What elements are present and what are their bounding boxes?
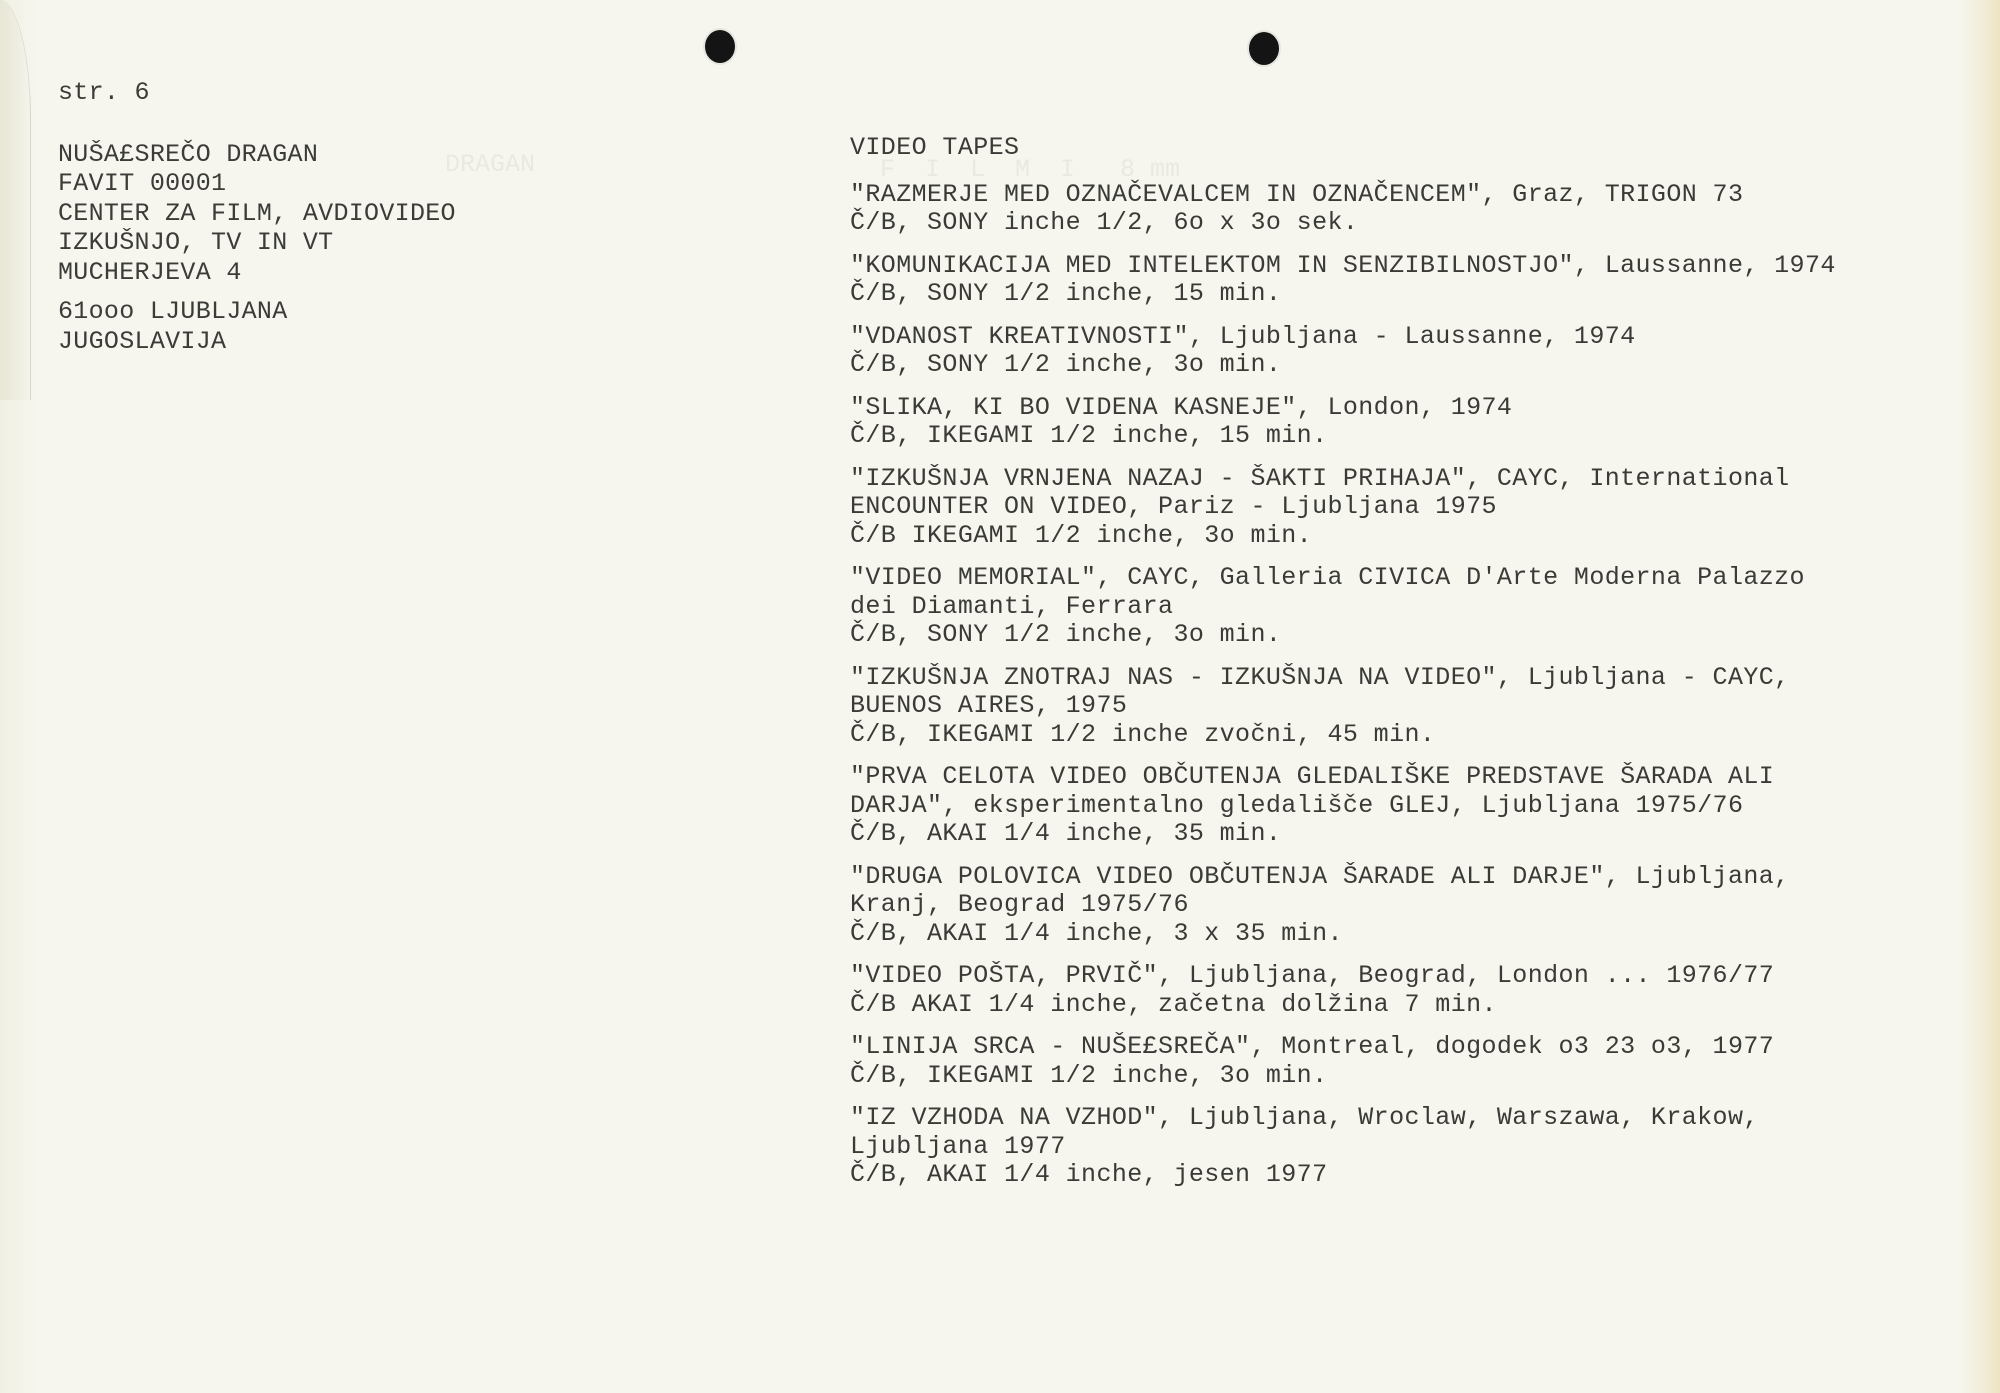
address-line: IZKUŠNJO, TV IN VT xyxy=(58,228,456,258)
entry-venue-line: Ljubljana 1977 xyxy=(850,1133,1990,1162)
entry-venue-line: dei Diamanti, Ferrara xyxy=(850,593,1990,622)
tape-entry: "IZ VZHODA NA VZHOD", Ljubljana, Wroclaw… xyxy=(850,1104,1990,1190)
entry-format-line: Č/B, IKEGAMI 1/2 inche, 15 min. xyxy=(850,422,1990,451)
tape-entry: "DRUGA POLOVICA VIDEO OBČUTENJA ŠARADE A… xyxy=(850,863,1990,949)
tape-entry: "PRVA CELOTA VIDEO OBČUTENJA GLEDALIŠKE … xyxy=(850,763,1990,849)
tape-entry: "VDANOST KREATIVNOSTI", Ljubljana - Laus… xyxy=(850,323,1990,380)
entry-title-line: "DRUGA POLOVICA VIDEO OBČUTENJA ŠARADE A… xyxy=(850,863,1990,892)
entry-format-line: Č/B IKEGAMI 1/2 inche, 3o min. xyxy=(850,522,1990,551)
entry-format-line: Č/B, AKAI 1/4 inche, 35 min. xyxy=(850,820,1990,849)
tape-entry: "KOMUNIKACIJA MED INTELEKTOM IN SENZIBIL… xyxy=(850,252,1990,309)
tape-entry: "IZKUŠNJA ZNOTRAJ NAS - IZKUŠNJA NA VIDE… xyxy=(850,664,1990,750)
entry-venue-line: ENCOUNTER ON VIDEO, Pariz - Ljubljana 19… xyxy=(850,493,1990,522)
entry-format-line: Č/B, AKAI 1/4 inche, 3 x 35 min. xyxy=(850,920,1990,949)
tape-entry: "RAZMERJE MED OZNAČEVALCEM IN OZNAČENCEM… xyxy=(850,181,1990,238)
tape-entry: "SLIKA, KI BO VIDENA KASNEJE", London, 1… xyxy=(850,394,1990,451)
entry-title-line: "KOMUNIKACIJA MED INTELEKTOM IN SENZIBIL… xyxy=(850,252,1990,281)
entry-format-line: Č/B, SONY 1/2 inche, 3o min. xyxy=(850,621,1990,650)
entry-venue-line: DARJA", eksperimentalno gledališče GLEJ,… xyxy=(850,792,1990,821)
tape-entry: "LINIJA SRCA - NUŠE£SREČA", Montreal, do… xyxy=(850,1033,1990,1090)
entry-title-line: "PRVA CELOTA VIDEO OBČUTENJA GLEDALIŠKE … xyxy=(850,763,1990,792)
address-line: JUGOSLAVIJA xyxy=(58,327,456,357)
entry-format-line: Č/B, AKAI 1/4 inche, jesen 1977 xyxy=(850,1161,1990,1190)
paper-curl-edge xyxy=(0,0,31,400)
punch-hole-right-icon xyxy=(1249,32,1279,65)
entry-format-line: Č/B, IKEGAMI 1/2 inche zvočni, 45 min. xyxy=(850,721,1990,750)
address-line: CENTER ZA FILM, AVDIOVIDEO xyxy=(58,199,456,229)
tape-entry: "VIDEO MEMORIAL", CAYC, Galleria CIVICA … xyxy=(850,564,1990,650)
page-number: str. 6 xyxy=(58,78,456,108)
punch-hole-left-icon xyxy=(705,30,735,63)
entry-title-line: "VIDEO POŠTA, PRVIČ", Ljubljana, Beograd… xyxy=(850,962,1990,991)
entry-title-line: "IZKUŠNJA ZNOTRAJ NAS - IZKUŠNJA NA VIDE… xyxy=(850,664,1990,693)
entry-title-line: "VDANOST KREATIVNOSTI", Ljubljana - Laus… xyxy=(850,323,1990,352)
entry-format-line: Č/B, SONY inche 1/2, 6o x 3o sek. xyxy=(850,209,1990,238)
entry-venue-line: Kranj, Beograd 1975/76 xyxy=(850,891,1990,920)
entry-title-line: "IZKUŠNJA VRNJENA NAZAJ - ŠAKTI PRIHAJA"… xyxy=(850,465,1990,494)
entry-title-line: "VIDEO MEMORIAL", CAYC, Galleria CIVICA … xyxy=(850,564,1990,593)
address-line: FAVIT 00001 xyxy=(58,169,456,199)
entry-format-line: Č/B, SONY 1/2 inche, 15 min. xyxy=(850,280,1990,309)
section-title: VIDEO TAPES xyxy=(850,134,1990,163)
video-tapes-list: VIDEO TAPES "RAZMERJE MED OZNAČEVALCEM I… xyxy=(850,134,1990,1204)
entry-title-line: "LINIJA SRCA - NUŠE£SREČA", Montreal, do… xyxy=(850,1033,1990,1062)
entry-title-line: "RAZMERJE MED OZNAČEVALCEM IN OZNAČENCEM… xyxy=(850,181,1990,210)
entry-format-line: Č/B, IKEGAMI 1/2 inche, 3o min. xyxy=(850,1062,1990,1091)
sender-address-block: str. 6 NUŠA£SREČO DRAGAN FAVIT 00001 CEN… xyxy=(58,78,456,356)
address-line: NUŠA£SREČO DRAGAN xyxy=(58,140,456,170)
tape-entry: "VIDEO POŠTA, PRVIČ", Ljubljana, Beograd… xyxy=(850,962,1990,1019)
entry-format-line: Č/B, SONY 1/2 inche, 3o min. xyxy=(850,351,1990,380)
tape-entry: "IZKUŠNJA VRNJENA NAZAJ - ŠAKTI PRIHAJA"… xyxy=(850,465,1990,551)
entry-format-line: Č/B AKAI 1/4 inche, začetna dolžina 7 mi… xyxy=(850,991,1990,1020)
entry-title-line: "SLIKA, KI BO VIDENA KASNEJE", London, 1… xyxy=(850,394,1990,423)
address-line: MUCHERJEVA 4 xyxy=(58,258,456,288)
entry-title-line: "IZ VZHODA NA VZHOD", Ljubljana, Wroclaw… xyxy=(850,1104,1990,1133)
entry-venue-line: BUENOS AIRES, 1975 xyxy=(850,692,1990,721)
address-line: 61ooo LJUBLJANA xyxy=(58,297,456,327)
